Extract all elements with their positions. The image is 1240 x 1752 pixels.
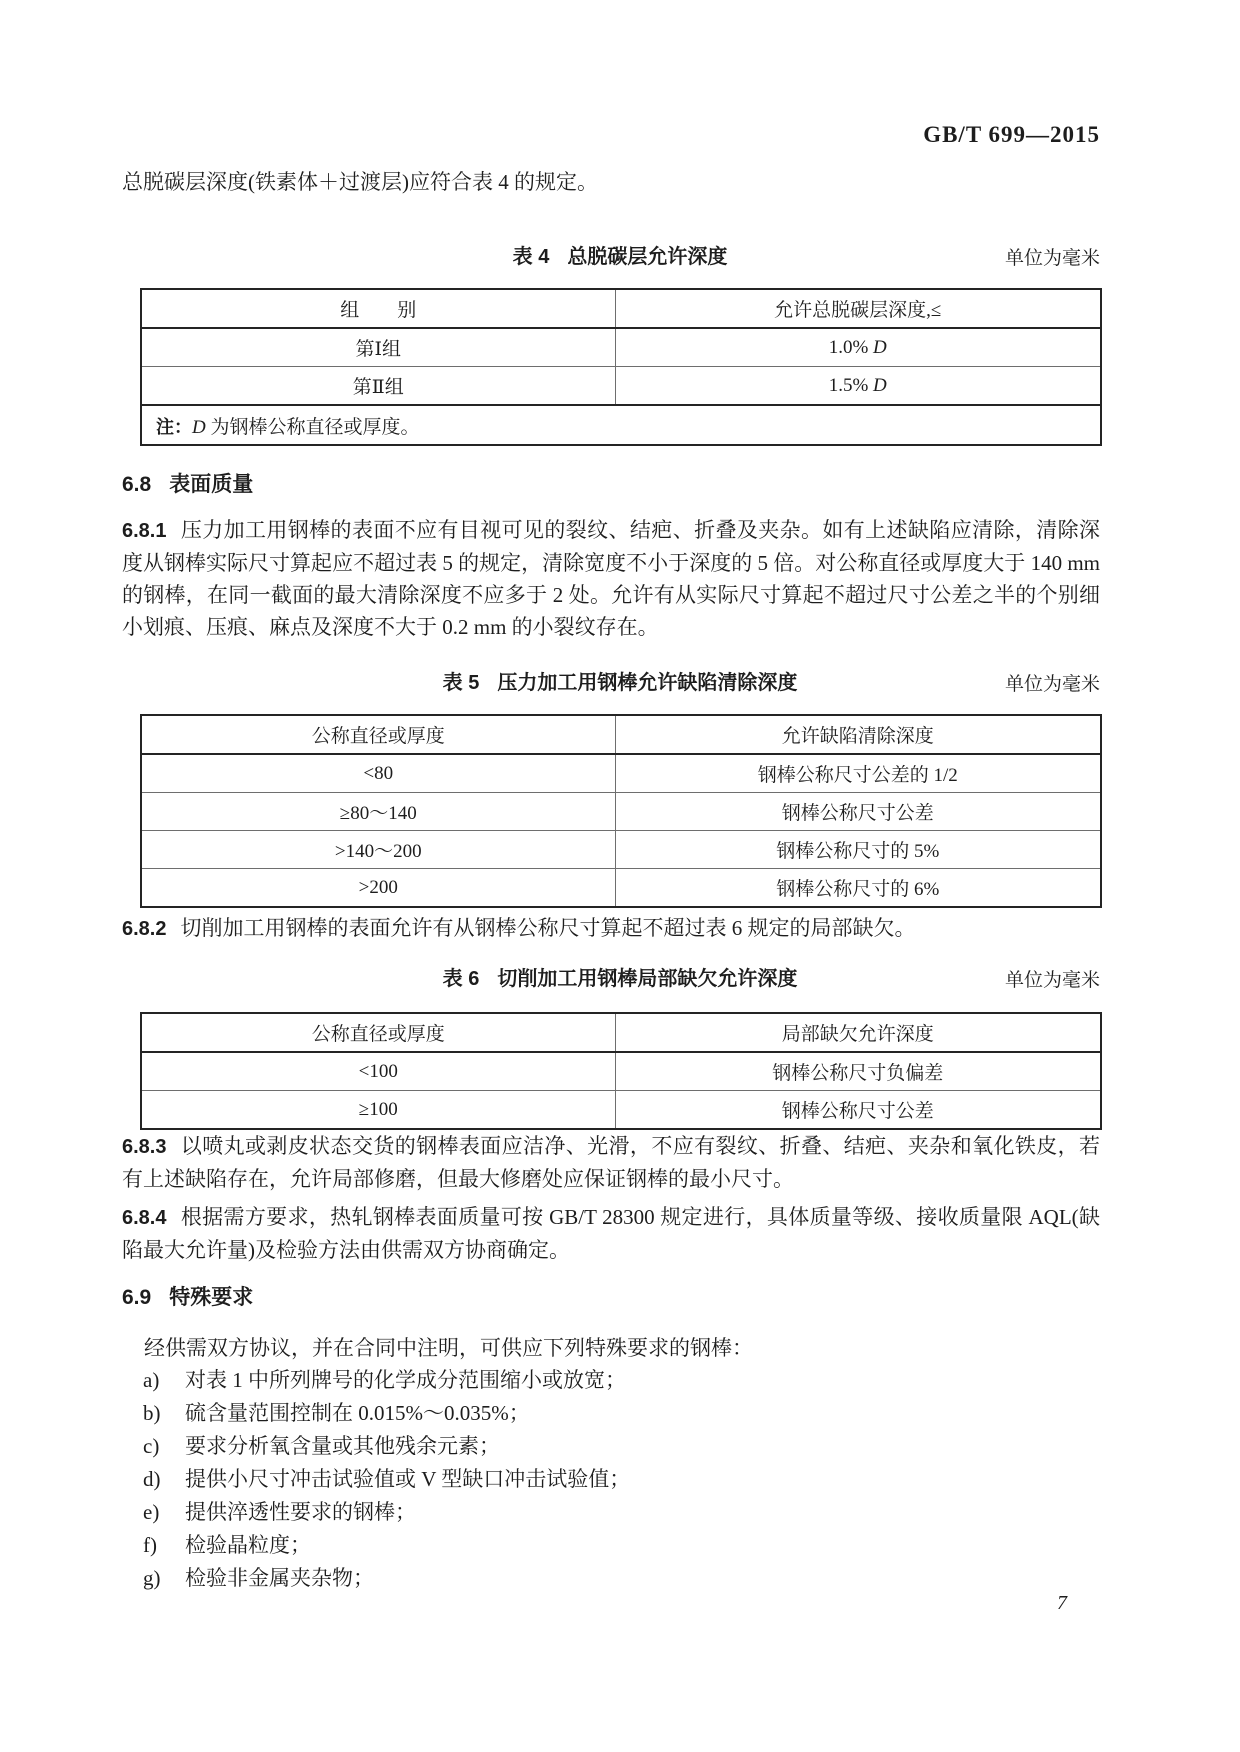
table4-label: 表 4 xyxy=(513,246,550,268)
table4-unit: 单位为毫米 xyxy=(1005,243,1100,270)
table-row: ≥100 钢棒公称尺寸公差 xyxy=(141,1091,1101,1130)
table4-header-row: 组 别 允许总脱碳层深度,≤ xyxy=(141,289,1101,328)
table6-header-row: 公称直径或厚度 局部缺欠允许深度 xyxy=(141,1013,1101,1052)
note-label: 注： xyxy=(156,417,192,437)
list-label: e) xyxy=(143,1496,167,1529)
table-row: <80 钢棒公称尺寸公差的 1/2 xyxy=(141,754,1101,793)
section-title: 表面质量 xyxy=(169,473,253,496)
standard-code: GB/T 699—2015 xyxy=(122,122,1100,148)
list-item-b: b) 硫含量范围控制在 0.015%～0.035%； xyxy=(143,1397,1100,1430)
table6: 公称直径或厚度 局部缺欠允许深度 <100 钢棒公称尺寸负偏差 ≥100 钢棒公… xyxy=(140,1012,1102,1130)
table4-header-group: 组 别 xyxy=(141,289,615,328)
list-item-f: f) 检验晶粒度； xyxy=(143,1529,1100,1562)
table5-depth-2: 钢棒公称尺寸公差 xyxy=(615,793,1101,831)
list-item-e: e) 提供淬透性要求的钢棒； xyxy=(143,1496,1100,1529)
table5-header-size: 公称直径或厚度 xyxy=(141,715,615,754)
variable-d: D xyxy=(873,337,887,358)
clause-number: 6.8.2 xyxy=(122,918,166,940)
clause-6-9-intro: 经供需双方协议，并在合同中注明，可供应下列特殊要求的钢棒： xyxy=(122,1332,1100,1364)
variable-d: D xyxy=(873,375,887,396)
table-row: <100 钢棒公称尺寸负偏差 xyxy=(141,1052,1101,1091)
table4-caption: 表 4总脱碳层允许深度 单位为毫米 xyxy=(140,240,1100,268)
table4-note: 注：D 为钢棒公称直径或厚度。 xyxy=(141,405,1101,445)
table6-caption: 表 6切削加工用钢棒局部缺欠允许深度 单位为毫米 xyxy=(140,962,1100,990)
clause-6-8-2: 6.8.2切削加工用钢棒的表面允许有从钢棒公称尺寸算起不超过表 6 规定的局部缺… xyxy=(122,912,1100,945)
table6-title: 切削加工用钢棒局部缺欠允许深度 xyxy=(497,968,797,990)
list-label: c) xyxy=(143,1430,167,1463)
table6-depth-2: 钢棒公称尺寸公差 xyxy=(615,1091,1101,1130)
list-item-c: c) 要求分析氧含量或其他残余元素； xyxy=(143,1430,1100,1463)
table5-caption: 表 5压力加工用钢棒允许缺陷清除深度 单位为毫米 xyxy=(140,666,1100,694)
list-label: f) xyxy=(143,1529,167,1562)
table4: 组 别 允许总脱碳层深度,≤ 第Ⅰ组 1.0% D 第Ⅱ组 1.5% D 注：D… xyxy=(140,288,1102,446)
section-number: 6.9 xyxy=(122,1286,151,1309)
list-text: 提供淬透性要求的钢棒； xyxy=(185,1496,416,1529)
table5-depth-3: 钢棒公称尺寸的 5% xyxy=(615,831,1101,869)
table5-size-1: <80 xyxy=(141,754,615,793)
table5: 公称直径或厚度 允许缺陷清除深度 <80 钢棒公称尺寸公差的 1/2 ≥80～1… xyxy=(140,714,1102,908)
table-row: ≥80～140 钢棒公称尺寸公差 xyxy=(141,793,1101,831)
list-label: d) xyxy=(143,1463,167,1496)
table5-caption-title: 表 5压力加工用钢棒允许缺陷清除深度 xyxy=(140,666,1100,695)
table6-header-size: 公称直径或厚度 xyxy=(141,1013,615,1052)
page-number: 7 xyxy=(1044,1592,1080,1615)
table4-title: 总脱碳层允许深度 xyxy=(567,246,727,268)
table5-size-4: >200 xyxy=(141,869,615,908)
section-heading-6-9: 6.9特殊要求 xyxy=(122,1281,253,1311)
table4-header-depth: 允许总脱碳层深度,≤ xyxy=(615,289,1101,328)
list-label: b) xyxy=(143,1397,167,1430)
list-text: 检验晶粒度； xyxy=(185,1529,311,1562)
table5-size-2: ≥80～140 xyxy=(141,793,615,831)
table6-caption-title: 表 6切削加工用钢棒局部缺欠允许深度 xyxy=(140,962,1100,991)
clause-6-8-1: 6.8.1压力加工用钢棒的表面不应有目视可见的裂纹、结疤、折叠及夹杂。如有上述缺… xyxy=(122,514,1100,643)
table5-depth-4: 钢棒公称尺寸的 6% xyxy=(615,869,1101,908)
table-row: >200 钢棒公称尺寸的 6% xyxy=(141,869,1101,908)
clause-6-8-4: 6.8.4根据需方要求，热轧钢棒表面质量可按 GB/T 28300 规定进行，具… xyxy=(122,1201,1100,1266)
section-title: 特殊要求 xyxy=(169,1286,253,1309)
section-heading-6-8: 6.8表面质量 xyxy=(122,468,253,498)
clause-number: 6.8.3 xyxy=(122,1136,166,1158)
table4-cell-value-2: 1.5% D xyxy=(615,367,1101,406)
document-page: GB/T 699—2015 总脱碳层深度(铁素体＋过渡层)应符合表 4 的规定。… xyxy=(0,0,1240,1752)
section-number: 6.8 xyxy=(122,473,151,496)
table6-unit: 单位为毫米 xyxy=(1005,965,1100,992)
table5-size-3: >140～200 xyxy=(141,831,615,869)
table4-cell-group-1: 第Ⅰ组 xyxy=(141,328,615,367)
list-text: 要求分析氧含量或其他残余元素； xyxy=(185,1430,500,1463)
table5-header-depth: 允许缺陷清除深度 xyxy=(615,715,1101,754)
table5-depth-1: 钢棒公称尺寸公差的 1/2 xyxy=(615,754,1101,793)
table5-title: 压力加工用钢棒允许缺陷清除深度 xyxy=(497,672,797,694)
list-text: 硫含量范围控制在 0.015%～0.035%； xyxy=(185,1397,530,1430)
table6-size-1: <100 xyxy=(141,1052,615,1091)
table6-depth-1: 钢棒公称尺寸负偏差 xyxy=(615,1052,1101,1091)
table5-header-row: 公称直径或厚度 允许缺陷清除深度 xyxy=(141,715,1101,754)
list-item-d: d) 提供小尺寸冲击试验值或 V 型缺口冲击试验值； xyxy=(143,1463,1100,1496)
table-row: 第Ⅰ组 1.0% D xyxy=(141,328,1101,367)
list-text: 检验非金属夹杂物； xyxy=(185,1562,374,1595)
table-row: 第Ⅱ组 1.5% D xyxy=(141,367,1101,406)
table5-label: 表 5 xyxy=(443,672,480,694)
list-item-g: g) 检验非金属夹杂物； xyxy=(143,1562,1100,1595)
list-label: g) xyxy=(143,1562,167,1595)
table4-caption-title: 表 4总脱碳层允许深度 xyxy=(140,240,1100,269)
variable-d: D xyxy=(192,417,206,438)
clause-number: 6.8.4 xyxy=(122,1207,166,1229)
list-item-a: a) 对表 1 中所列牌号的化学成分范围缩小或放宽； xyxy=(143,1364,1100,1397)
table6-size-2: ≥100 xyxy=(141,1091,615,1130)
list-label: a) xyxy=(143,1364,167,1397)
clause-number: 6.8.1 xyxy=(122,520,166,542)
list-text: 提供小尺寸冲击试验值或 V 型缺口冲击试验值； xyxy=(185,1463,630,1496)
table5-unit: 单位为毫米 xyxy=(1005,669,1100,696)
intro-paragraph: 总脱碳层深度(铁素体＋过渡层)应符合表 4 的规定。 xyxy=(122,166,1100,198)
table6-label: 表 6 xyxy=(443,968,480,990)
table-row: >140～200 钢棒公称尺寸的 5% xyxy=(141,831,1101,869)
list-text: 对表 1 中所列牌号的化学成分范围缩小或放宽； xyxy=(185,1364,626,1397)
table4-note-row: 注：D 为钢棒公称直径或厚度。 xyxy=(141,405,1101,445)
table4-cell-value-1: 1.0% D xyxy=(615,328,1101,367)
table4-cell-group-2: 第Ⅱ组 xyxy=(141,367,615,406)
table6-header-depth: 局部缺欠允许深度 xyxy=(615,1013,1101,1052)
clause-6-8-3: 6.8.3以喷丸或剥皮状态交货的钢棒表面应洁净、光滑，不应有裂纹、折叠、结疤、夹… xyxy=(122,1130,1100,1195)
